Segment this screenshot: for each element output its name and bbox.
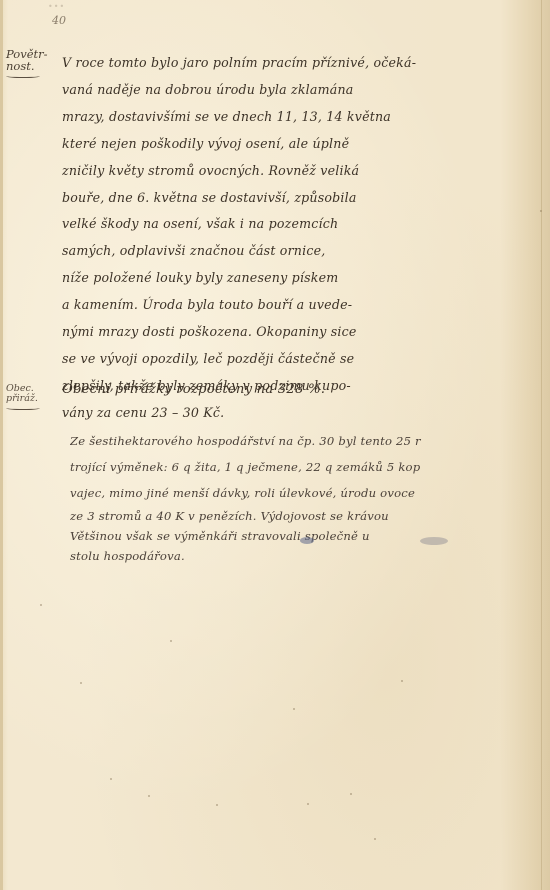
ink-smear [420,537,448,545]
paper-speck [80,682,82,684]
text-line: samých, odplavivši značnou část ornice, [62,238,482,265]
text-line: trojící výměnek: 6 q žita, 1 q ječmene, … [70,454,490,480]
text-line: velké škody na osení, však i na pozemcíc… [62,211,482,238]
text-line: mrazy, dostavivšími se ve dnech 11, 13, … [62,104,482,131]
paper-speck [540,210,542,212]
paper-speck [374,838,376,840]
text-line: V roce tomto bylo jaro polním pracím pří… [62,50,482,77]
text-line: zničily květy stromů ovocných. Rovněž ve… [62,158,482,185]
text-line: Obecní přirážky rozpočteny na 328 %. [62,380,482,400]
text-line: vány za cenu 23 – 30 Kč. [62,400,482,427]
farm-entry: Ze šestihektarového hospodářství na čp. … [70,428,490,566]
margin-underline [6,73,40,78]
text-line: stolu hospodářova. [70,546,490,566]
ink-blot [300,537,314,544]
text-line: Ze šestihektarového hospodářství na čp. … [70,428,490,454]
paper-speck [293,708,295,710]
text-line: se ve vývoji opozdily, leč později částe… [62,346,482,373]
weather-entry: V roce tomto bylo jaro polním pracím pří… [62,50,482,427]
text-line: vaná naděje na dobrou úrodu byla zklamán… [62,77,482,104]
paper-speck [401,680,403,682]
paper-speck [216,804,218,806]
text-line: nými mrazy dosti poškozena. Okopaniny si… [62,319,482,346]
page-number: 40 [52,14,66,27]
paper-speck [148,795,150,797]
margin-note-surcharge: Obec. přiráž. [6,384,40,410]
text-line: které nejen poškodily vývoj osení, ale ú… [62,131,482,158]
paper-speck [40,604,42,606]
text-line: ze 3 stromů a 40 K v penězích. Výdojovos… [70,506,490,526]
text-line: bouře, dne 6. května se dostavivší, způs… [62,185,482,212]
text-line: níže položené louky byly zaneseny pískem [62,265,482,292]
paper-speck [170,640,172,642]
margin-note-line: přiráž. [6,393,38,404]
text-line: a kamením. Úroda byla touto bouří a uved… [62,292,482,319]
margin-note-weather: Povětr- nost. [6,48,48,78]
surcharge-entry: Obecní přirážky rozpočteny na 328 %. [62,380,482,400]
text-line: vajec, mimo jiné menší dávky, roli úlevk… [70,480,490,506]
paper-speck [350,793,352,795]
margin-note-line: nost. [6,59,35,73]
document-page: ••• 40 Povětr- nost. V roce tomto bylo j… [0,0,550,890]
paper-speck [110,778,112,780]
paper-speck [307,803,309,805]
margin-underline [6,405,40,410]
